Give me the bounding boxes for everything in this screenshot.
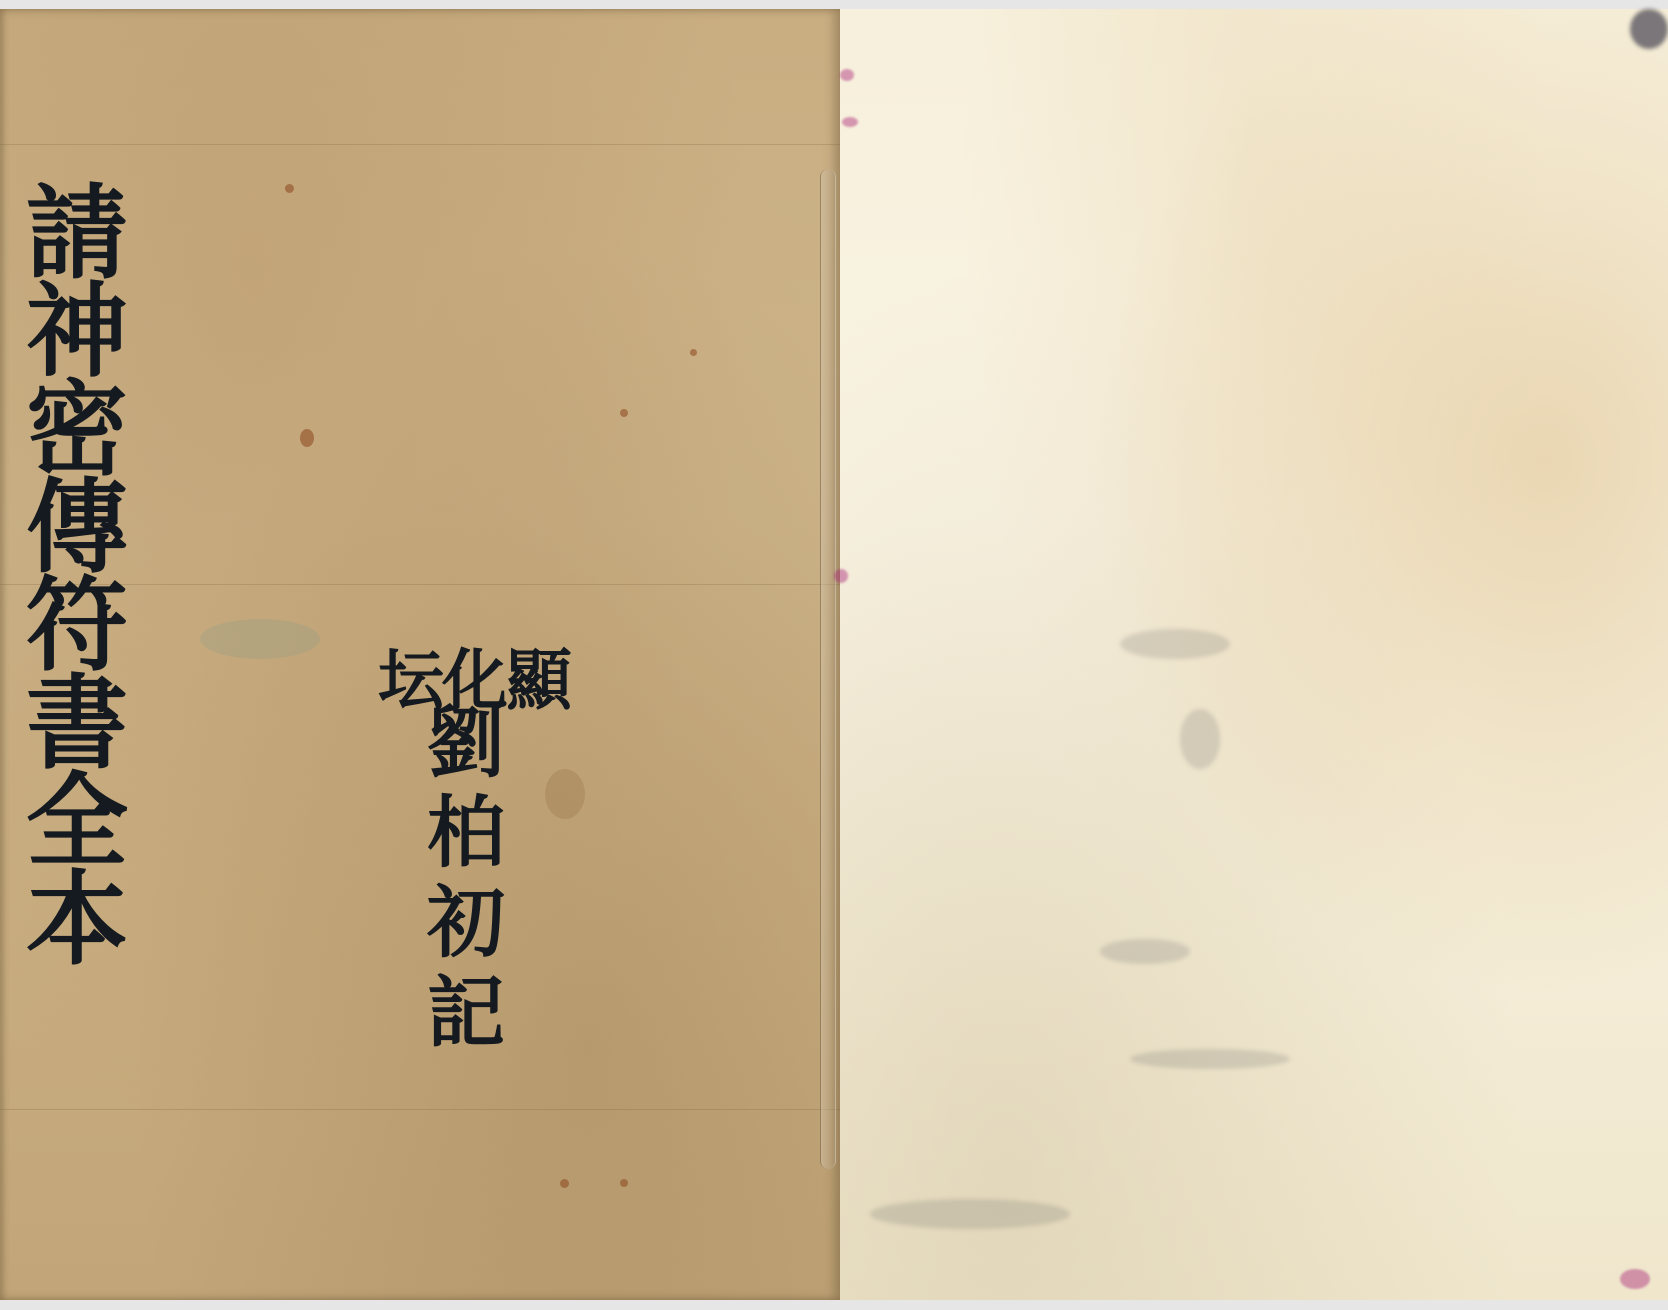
stain [560, 1179, 569, 1188]
ink-mark [842, 117, 858, 127]
stain [620, 409, 628, 417]
stain [300, 429, 314, 447]
ink-mark [1620, 1269, 1650, 1289]
scanned-spread: 請神密傳符書全本 顯化坛 劉柏初記 [0, 9, 1668, 1300]
smudge [870, 1199, 1070, 1229]
left-cover-page: 請神密傳符書全本 顯化坛 劉柏初記 [0, 9, 840, 1300]
author-inscription-column: 劉柏初記 [420, 701, 498, 1061]
book-title-column: 請神密傳符書全本 [18, 179, 120, 963]
smudge [1180, 709, 1220, 769]
smudge [1100, 939, 1190, 964]
stain [200, 619, 320, 659]
corner-shadow [1630, 9, 1668, 49]
binding-edge [820, 169, 836, 1169]
right-blank-page [840, 9, 1668, 1300]
smudge [1130, 1049, 1290, 1069]
paper-fold [0, 144, 840, 145]
stain [620, 1179, 628, 1187]
ink-mark [834, 569, 848, 583]
stain [690, 349, 697, 356]
stain [545, 769, 585, 819]
paper-fold [0, 1109, 840, 1110]
smudge [1120, 629, 1230, 659]
ink-mark [840, 69, 854, 81]
stain [285, 184, 294, 193]
